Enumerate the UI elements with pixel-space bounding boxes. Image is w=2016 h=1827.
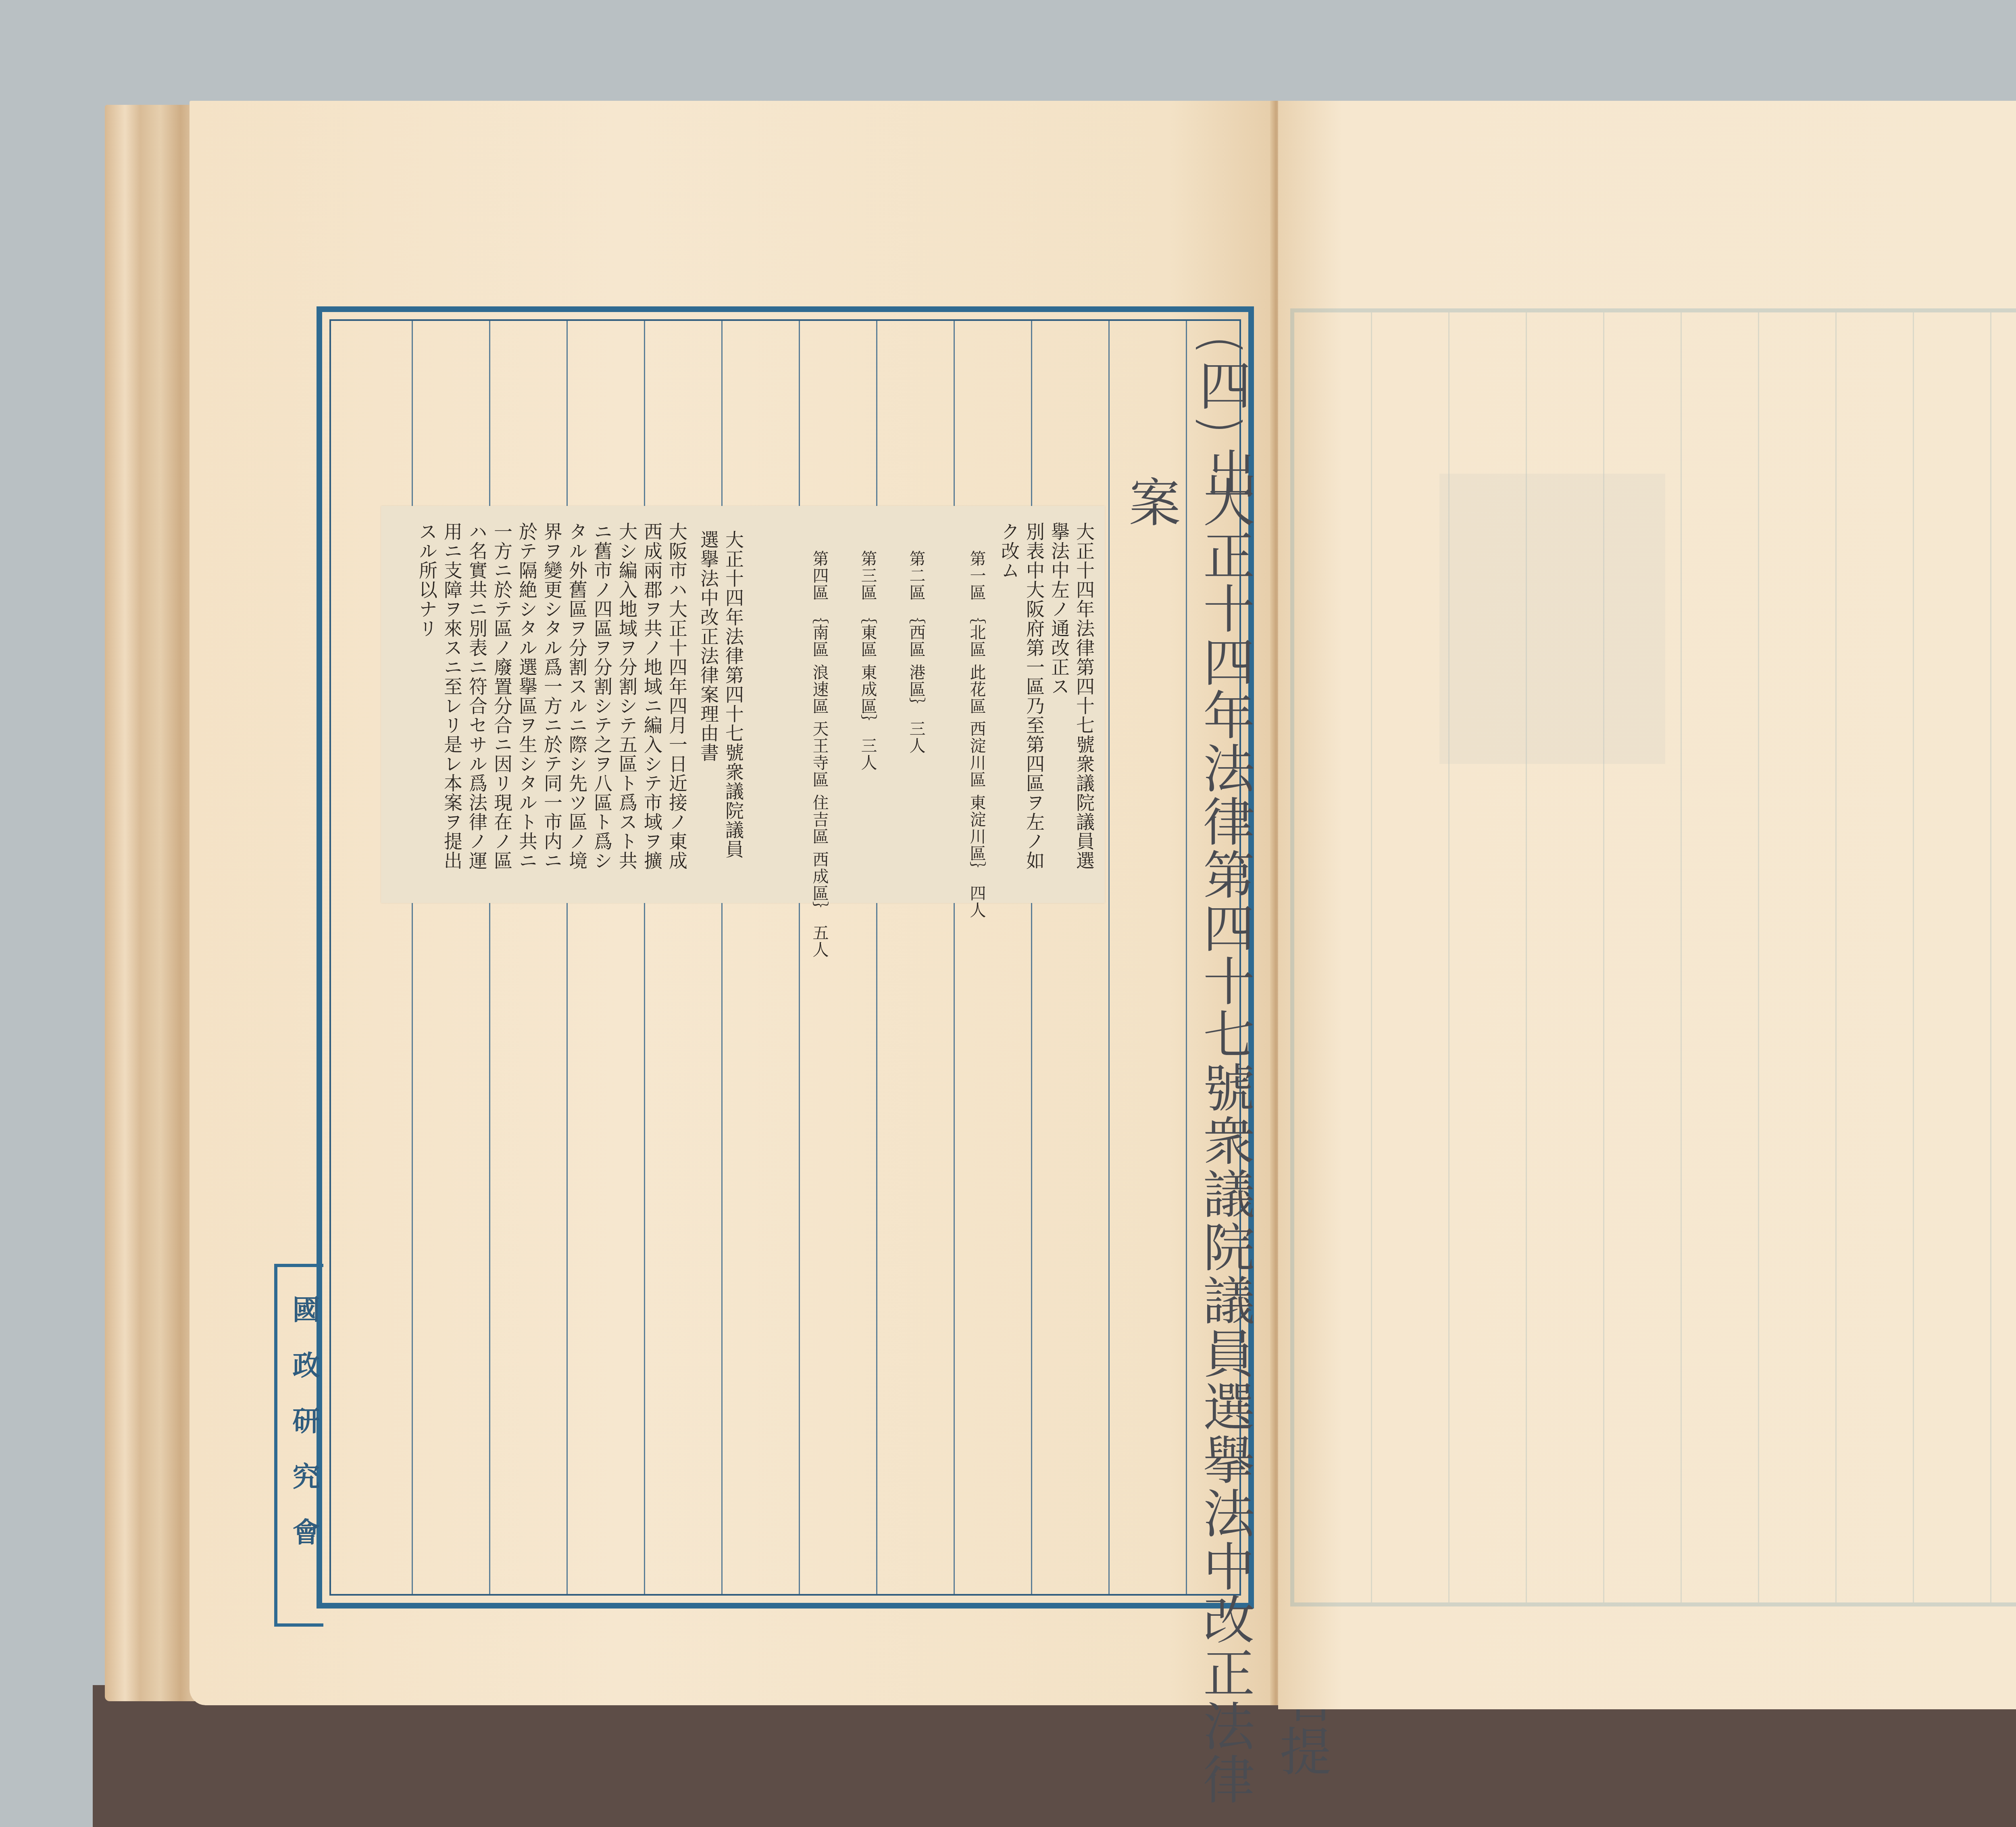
clipping-line: 西成兩郡ヲ共ノ地域ニ編入シテ市域ヲ擴 [639, 522, 664, 870]
clipping-line: 大正十四年法律第四十七號衆議院議員選 [1072, 522, 1097, 870]
show-through-rule [1990, 312, 1991, 1602]
clipping-line: 別表中大阪府第一區乃至第四區ヲ左ノ如 [1022, 522, 1047, 870]
show-through-rule [1758, 312, 1759, 1602]
clipping-line: 大シ編入地域ヲ分割シテ五區ト爲スト共 [614, 522, 639, 870]
clipping-line: 大阪市ハ大正十四年四月一日近接ノ東成 [664, 522, 689, 870]
show-through-clipping [1439, 474, 1665, 764]
clipping-district-1: 第一區 ｛北區 此花區 西淀川區 東淀川區｝ 四人 [965, 550, 988, 919]
show-through-rule [1835, 312, 1837, 1602]
clipping-line: 於テ隔絶シタル選擧區ヲ生シタルト共ニ [514, 522, 539, 870]
clipping-line: ニ舊市ノ四區ヲ分割シテ之ヲ八區ト爲シ [589, 522, 614, 870]
clipping-district-4: 第四區 ｛南區 浪速區 天王寺區 住吉區 西成區｝ 五人 [808, 550, 831, 958]
clipping-line: タル外舊區ヲ分割スルニ際シ先ツ區ノ境 [564, 522, 589, 870]
show-through-rule [1371, 312, 1372, 1602]
clipping-line: ハ名實共ニ別表ニ符合セサル爲法律ノ運 [464, 522, 489, 870]
show-through-frame [1290, 308, 2016, 1606]
clipping-district-2: 第二區 ｛西區 港區｝ 三人 [905, 550, 927, 754]
clipping-line: 用ニ支障ヲ來スニ至レリ是レ本案ヲ提出 [439, 522, 464, 870]
section-marker: (四) [1183, 335, 1259, 437]
clipping-line: 界ヲ變更シタル爲一方ニ於テ同一市内ニ [539, 522, 564, 870]
clipping-line: 一方ニ於テ區ノ廢置分合ニ因リ現在ノ區 [489, 522, 514, 870]
handwritten-subtitle: 大正十四年法律第四十七號衆議院議員選擧法中改正法律案 [1113, 476, 1261, 1827]
pasted-clipping: 大正十四年法律第四十七號衆議院議員選 擧法中左ノ通改正ス 別表中大阪府第一區乃至… [381, 506, 1105, 903]
clipping-line: 擧法中左ノ通改正ス [1047, 522, 1072, 696]
column-rule [1108, 321, 1110, 1594]
clipping-reason-title: 選擧法中改正法律案理由書 [696, 530, 721, 762]
show-through-rule [1681, 312, 1682, 1602]
clipping-line: スル所以ナリ [414, 522, 439, 638]
publisher-stamp-text: 國政研究會 [285, 1295, 324, 1573]
clipping-reason-title: 大正十四年法律第四十七號衆議院議員 [721, 530, 746, 859]
show-through-rule [1913, 312, 1914, 1602]
publisher-stamp: 國政研究會 [274, 1264, 323, 1627]
clipping-district-3: 第三區 ｛東區 東成區｝ 三人 [856, 550, 879, 771]
clipping-line: ク改ム [997, 522, 1022, 580]
